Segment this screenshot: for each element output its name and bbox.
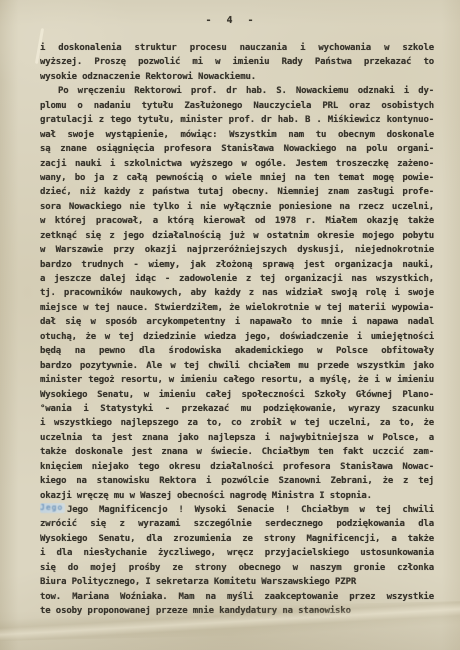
text-line: wyższej. Proszę pozwolić mi w imieniu Ra… <box>40 55 434 69</box>
text-line: tow. Mariana Woźniaka. Mam na myśli zaak… <box>40 590 434 604</box>
text-line: i wszystkiego najlepszego za to, co zrob… <box>40 416 434 430</box>
text-line: Po wręczeniu Rektorowi prof. dr hab. S. … <box>40 84 434 98</box>
text-line: wał swoje wystąpienie, mówiąc: Wszystkim… <box>40 128 434 142</box>
text-line: Biura Politycznego, I sekretarza Komitet… <box>40 575 434 589</box>
text-line: sora Nowackiego nie tylko i nie wyłączni… <box>40 200 434 214</box>
text-line: otuchą, że w tej dziedzinie wiedza jego,… <box>40 330 434 344</box>
text-line: °wania i Statystyki - przekazać mu podzi… <box>40 402 434 416</box>
text-line: w której pracował, a którą kierował od 1… <box>40 214 434 228</box>
text-line: okazji wręczę mu w Waszej obecności nagr… <box>40 489 434 503</box>
text-line: zetknąć się z jego działalnością już w o… <box>40 229 434 243</box>
correction-smudge: Jego <box>40 503 65 513</box>
text-line: gratulacji z tego tytułu, minister prof.… <box>40 113 434 127</box>
text-line: minister tegoż resortu, w imieniu całego… <box>40 373 434 387</box>
text-line: bardzo trudnych - wiemy, jak złożoną spr… <box>40 258 434 272</box>
text-line: i dla niesłychanie życzliwego, wręcz prz… <box>40 546 434 560</box>
text-line: kiego na stanowisku Rektora i pozwólcie … <box>40 474 434 488</box>
text-line: tj. pracowników naukowych, aby każdy z n… <box>40 286 434 300</box>
text-line: i doskonalenia struktur procesu nauczani… <box>40 41 434 55</box>
text-line: zwrócić się z wyrazami szczególnie serde… <box>40 517 434 531</box>
text-line: miejsce w tej nauce. Stwierdziłem, że wi… <box>40 301 434 315</box>
text-line: JegoJego Magnificencjo ! Wysoki Senacie … <box>40 503 434 517</box>
text-line: się do mojej prośby ze strony obecnego w… <box>40 561 434 575</box>
text-line: będą na pewno dla środowiska akademickie… <box>40 344 434 358</box>
document-page: - 4 - i doskonalenia struktur procesu na… <box>0 0 460 650</box>
text-line: plomu o nadaniu tytułu Zasłużonego Naucz… <box>40 99 434 113</box>
page-number: - 4 - <box>0 15 460 26</box>
text-line: uczelnia ta jest znana jako najlepsza i … <box>40 431 434 445</box>
text-line: są znane osiągnięcia profesora Stanisław… <box>40 142 434 156</box>
text-line: także doskonale jest znana w świecie. Ch… <box>40 445 434 459</box>
text-block: i doskonalenia struktur procesu nauczani… <box>40 41 434 619</box>
text-line: wany, bo ja z całą pewnością o wiele mni… <box>40 171 434 185</box>
text-line: dał się w sposób arcykompetentny i napaw… <box>40 315 434 329</box>
text-line: w Warszawie przy okazji najprzeróżniejsz… <box>40 243 434 257</box>
text-line: knięciem niejako tego okresu działalnośc… <box>40 460 434 474</box>
text-line: Wysokiego Senatu, dla zrozumienia ze str… <box>40 532 434 546</box>
text-line: dzieć, niż każdy z państwa tutaj obecny.… <box>40 185 434 199</box>
text-line: zacji nauki i szkolnictwa wyższego w ogó… <box>40 157 434 171</box>
text-line: wysokie odznaczenie Rektorowi Nowackiemu… <box>40 70 434 84</box>
text-line: Wysokiego Senatu, w imieniu całej społec… <box>40 388 434 402</box>
text-line: bardzo pozytywnie. Ale w tej chwili chci… <box>40 359 434 373</box>
text-line: a jeszcze dalej idąc - zadowolenie z tej… <box>40 272 434 286</box>
